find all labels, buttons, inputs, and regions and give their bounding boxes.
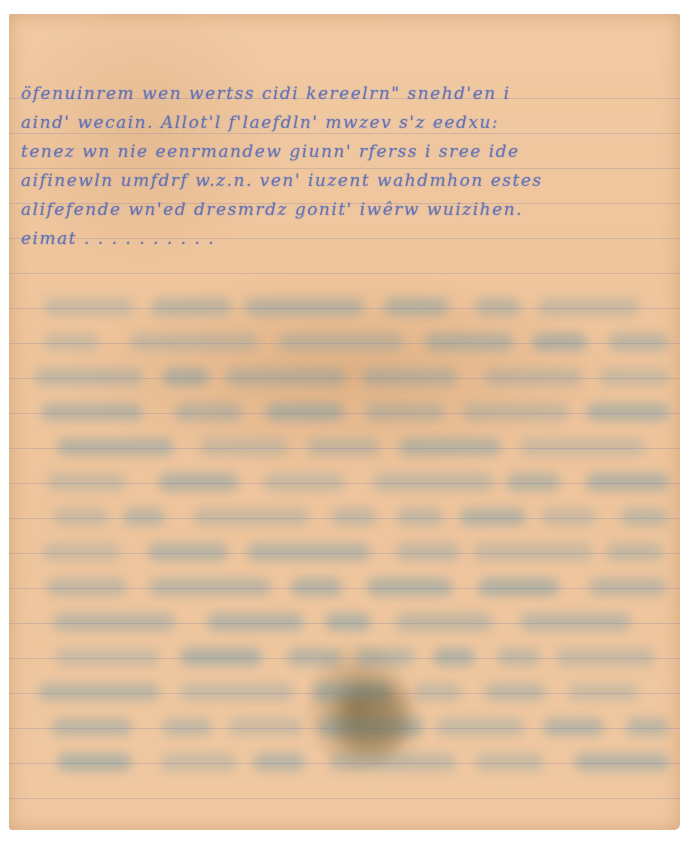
faded-line <box>29 539 679 565</box>
faded-line <box>29 469 679 495</box>
faded-line <box>29 294 679 320</box>
faded-line <box>29 749 679 775</box>
water-stain <box>339 684 409 754</box>
handwritten-text: öfenuinrem wen wertss cidi kereelrn" sne… <box>21 80 671 254</box>
text-line: alifefende wn'ed dresmrdz gonit' iwêrw w… <box>21 196 671 225</box>
faded-line <box>29 644 679 670</box>
faded-line <box>29 504 679 530</box>
text-line: tenez wn nie eenrmandew giunn' rferss i … <box>21 138 671 167</box>
text-line: eimat . . . . . . . . . . <box>21 225 671 254</box>
text-line: aifinewln umfdrf w.z.n. ven' iuzent wahd… <box>21 167 671 196</box>
text-line: aind' wecain. Allot'l f'laefdln' mwzev s… <box>21 109 671 138</box>
faded-line <box>29 434 679 460</box>
faded-line <box>29 329 679 355</box>
paper-sheet: öfenuinrem wen wertss cidi kereelrn" sne… <box>9 14 680 830</box>
faded-line <box>29 399 679 425</box>
faded-line <box>29 609 679 635</box>
faded-line <box>29 364 679 390</box>
text-line: öfenuinrem wen wertss cidi kereelrn" sne… <box>21 80 671 109</box>
faded-line <box>29 574 679 600</box>
